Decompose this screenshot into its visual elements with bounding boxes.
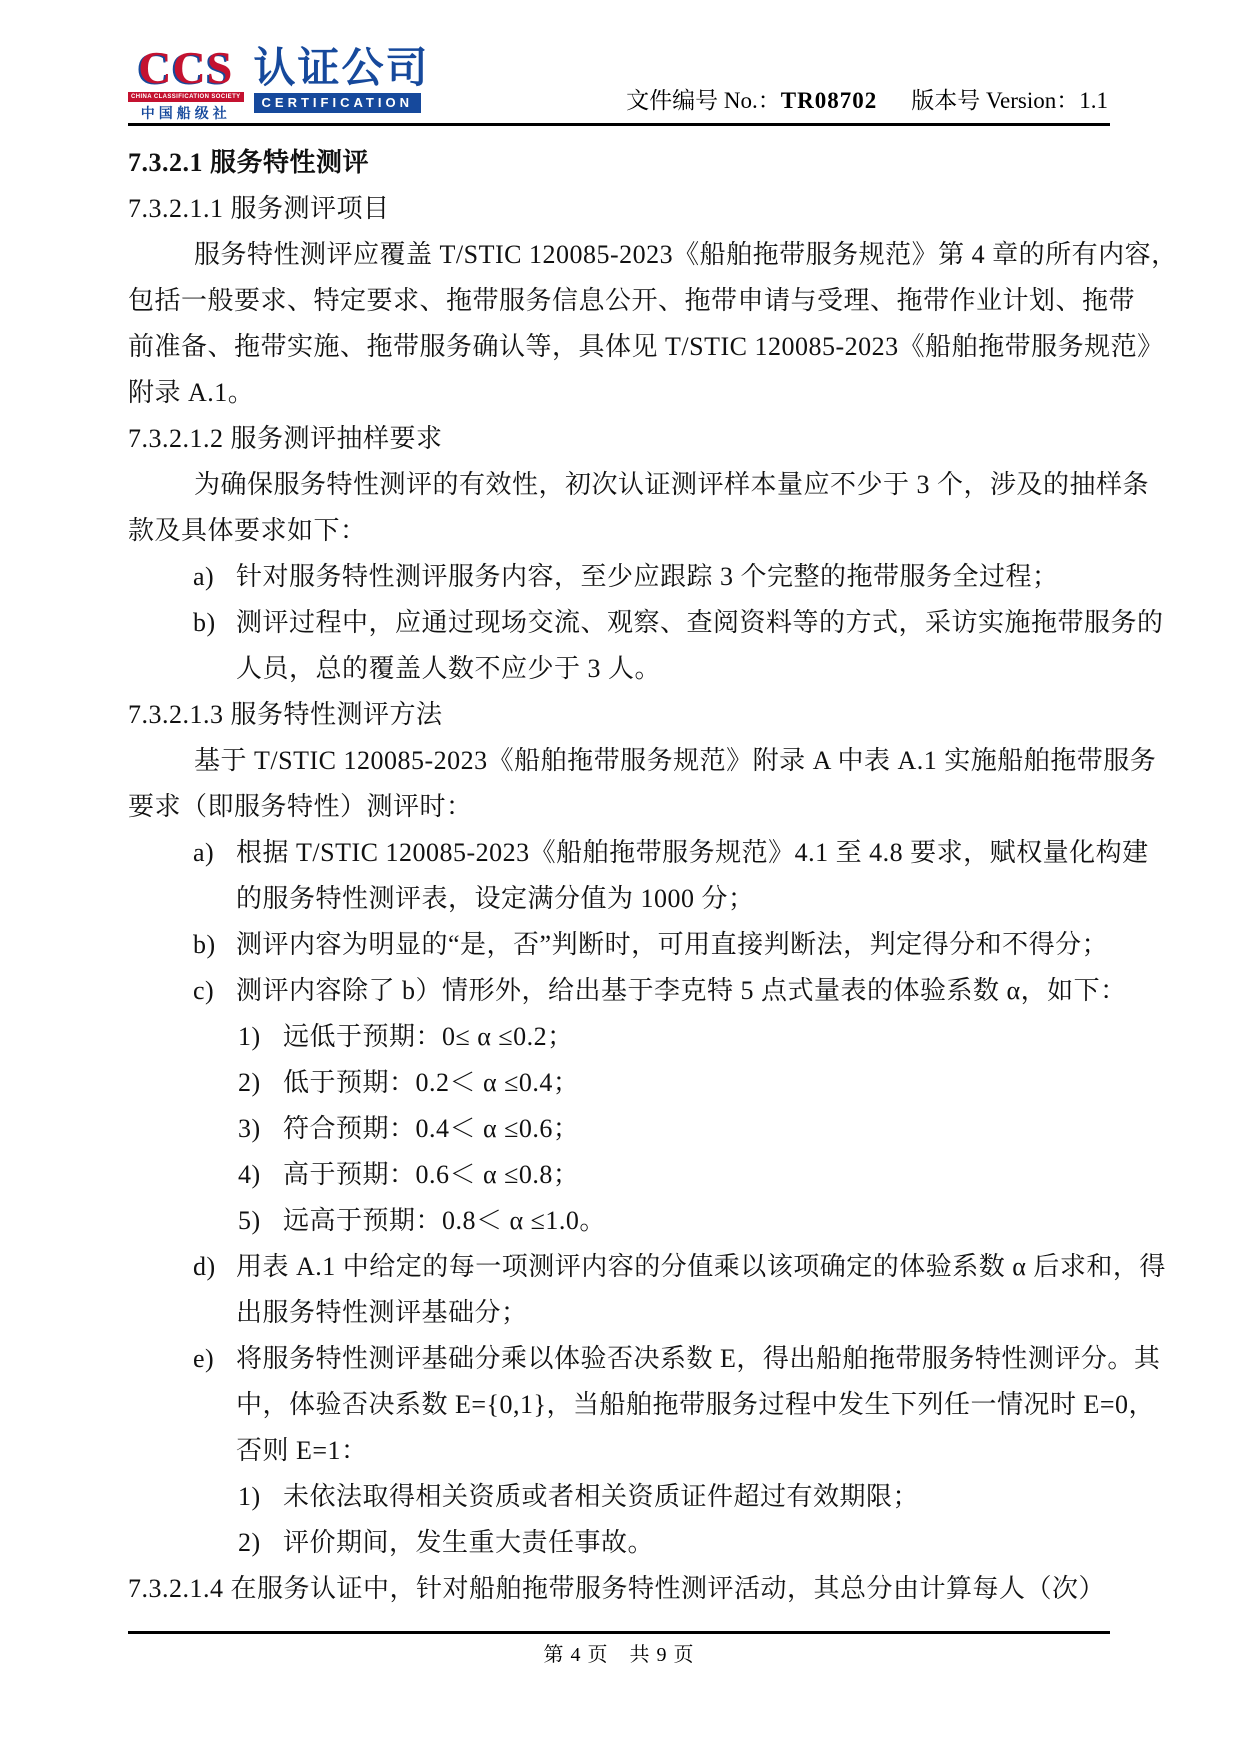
logo-society-en: CHINA CLASSIFICATION SOCIETY [128,92,244,102]
ccs-logo-text: CCS [138,46,233,90]
header-divider [128,123,1110,126]
logo-left-block: CCS CHINA CLASSIFICATION SOCIETY 中国船级社 [128,46,244,123]
list-item-text: 根据 T/STIC 120085-2023《船舶拖带服务规范》4.1 至 4.8… [236,838,1149,867]
logo-certification-text: CERTIFICATION [254,93,421,113]
document-body: 7.3.2.1 服务特性测评7.3.2.1.1 服务测评项目服务特性测评应覆盖 … [128,140,1128,1612]
logo-society-cn: 中国船级社 [141,103,231,123]
list-item-text: 高于预期：0.6＜ α ≤0.8； [283,1160,579,1189]
footer-divider [128,1631,1110,1634]
document-page: CCS CHINA CLASSIFICATION SOCIETY 中国船级社 认… [0,0,1233,1743]
text-line: 7.3.2.1.4 在服务认证中，针对船舶拖带服务特性测评活动，其总分由计算每人… [128,1566,1128,1612]
text-line: 的服务特性测评表，设定满分值为 1000 分； [128,876,1128,922]
list-marker: b) [193,922,236,968]
list-item-text: 评价期间，发生重大责任事故。 [283,1528,654,1557]
list-marker: 2) [238,1060,283,1106]
version-label: 版本号 Version： [911,88,1079,113]
text-line: 1)未依法取得相关资质或者相关资质证件超过有效期限； [128,1474,1128,1520]
list-marker: a) [193,830,236,876]
list-item-text: 测评过程中，应通过现场交流、观察、查阅资料等的方式，采访实施拖带服务的 [236,608,1164,637]
list-item-text: 未依法取得相关资质或者相关资质证件超过有效期限； [283,1482,919,1511]
text-line: b)测评过程中，应通过现场交流、观察、查阅资料等的方式，采访实施拖带服务的 [128,600,1128,646]
text-line: 人员，总的覆盖人数不应少于 3 人。 [128,646,1128,692]
list-item-text: 远低于预期：0≤ α ≤0.2； [283,1022,574,1051]
text-line: 5)远高于预期：0.8＜ α ≤1.0。 [128,1198,1128,1244]
list-item-text: 符合预期：0.4＜ α ≤0.6； [283,1114,579,1143]
text-line: 包括一般要求、特定要求、拖带服务信息公开、拖带申请与受理、拖带作业计划、拖带 [128,278,1128,324]
text-line: a)根据 T/STIC 120085-2023《船舶拖带服务规范》4.1 至 4… [128,830,1128,876]
list-item-text: 远高于预期：0.8＜ α ≤1.0。 [283,1206,606,1235]
text-line: b)测评内容为明显的“是，否”判断时，可用直接判断法，判定得分和不得分； [128,922,1128,968]
text-line: 附录 A.1。 [128,370,1128,416]
list-marker: 4) [238,1152,283,1198]
text-line: 3)符合预期：0.4＜ α ≤0.6； [128,1106,1128,1152]
text-line: 出服务特性测评基础分； [128,1290,1128,1336]
logo-company-name: 认证公司 [254,48,430,90]
text-line: a)针对服务特性测评服务内容，至少应跟踪 3 个完整的拖带服务全过程； [128,554,1128,600]
list-item-text: 低于预期：0.2＜ α ≤0.4； [283,1068,579,1097]
ccs-logo: CCS CHINA CLASSIFICATION SOCIETY 中国船级社 认… [128,46,430,123]
list-marker: 5) [238,1198,283,1244]
text-line: d)用表 A.1 中给定的每一项测评内容的分值乘以该项确定的体验系数 α 后求和… [128,1244,1128,1290]
doc-number-value: TR08702 [781,88,877,113]
text-line: 要求（即服务特性）测评时： [128,784,1128,830]
text-line: 7.3.2.1.2 服务测评抽样要求 [128,416,1128,462]
list-item-text: 用表 A.1 中给定的每一项测评内容的分值乘以该项确定的体验系数 α 后求和，得 [236,1252,1166,1281]
text-line: 7.3.2.1 服务特性测评 [128,140,1128,186]
list-item-text: 将服务特性测评基础分乘以体验否决系数 E，得出船舶拖带服务特性测评分。其 [236,1344,1160,1373]
text-line: c)测评内容除了 b）情形外，给出基于李克特 5 点式量表的体验系数 α，如下： [128,968,1128,1014]
list-item-text: 测评内容为明显的“是，否”判断时，可用直接判断法，判定得分和不得分； [236,930,1108,959]
list-marker: 1) [238,1014,283,1060]
list-item-text: 针对服务特性测评服务内容，至少应跟踪 3 个完整的拖带服务全过程； [236,562,1059,591]
text-line: 中，体验否决系数 E={0,1}，当船舶拖带服务过程中发生下列任一情况时 E=0… [128,1382,1128,1428]
list-marker: a) [193,554,236,600]
list-marker: 2) [238,1520,283,1566]
text-line: 7.3.2.1.1 服务测评项目 [128,186,1128,232]
list-marker: 1) [238,1474,283,1520]
list-marker: d) [193,1244,236,1290]
text-line: 7.3.2.1.3 服务特性测评方法 [128,692,1128,738]
page-number: 第 4 页 共 9 页 [128,1638,1110,1667]
list-marker: b) [193,600,236,646]
logo-right-block: 认证公司 CERTIFICATION [254,48,430,113]
doc-number-label: 文件编号 No.： [626,88,781,113]
list-marker: 3) [238,1106,283,1152]
text-line: 2)低于预期：0.2＜ α ≤0.4； [128,1060,1128,1106]
text-line: 服务特性测评应覆盖 T/STIC 120085-2023《船舶拖带服务规范》第 … [128,232,1128,278]
page-header: CCS CHINA CLASSIFICATION SOCIETY 中国船级社 认… [0,0,1233,130]
text-line: 款及具体要求如下： [128,508,1128,554]
text-line: 为确保服务特性测评的有效性，初次认证测评样本量应不少于 3 个，涉及的抽样条 [128,462,1128,508]
text-line: 否则 E=1： [128,1428,1128,1474]
text-line: 1)远低于预期：0≤ α ≤0.2； [128,1014,1128,1060]
list-marker: e) [193,1336,236,1382]
text-line: e)将服务特性测评基础分乘以体验否决系数 E，得出船舶拖带服务特性测评分。其 [128,1336,1128,1382]
version-value: 1.1 [1079,88,1108,113]
text-line: 2)评价期间，发生重大责任事故。 [128,1520,1128,1566]
text-line: 基于 T/STIC 120085-2023《船舶拖带服务规范》附录 A 中表 A… [128,738,1128,784]
text-line: 前准备、拖带实施、拖带服务确认等，具体见 T/STIC 120085-2023《… [128,324,1128,370]
document-meta: 文件编号 No.：TR08702版本号 Version：1.1 [626,82,1108,115]
text-line: 4)高于预期：0.6＜ α ≤0.8； [128,1152,1128,1198]
list-marker: c) [193,968,236,1014]
list-item-text: 测评内容除了 b）情形外，给出基于李克特 5 点式量表的体验系数 α，如下： [236,976,1127,1005]
